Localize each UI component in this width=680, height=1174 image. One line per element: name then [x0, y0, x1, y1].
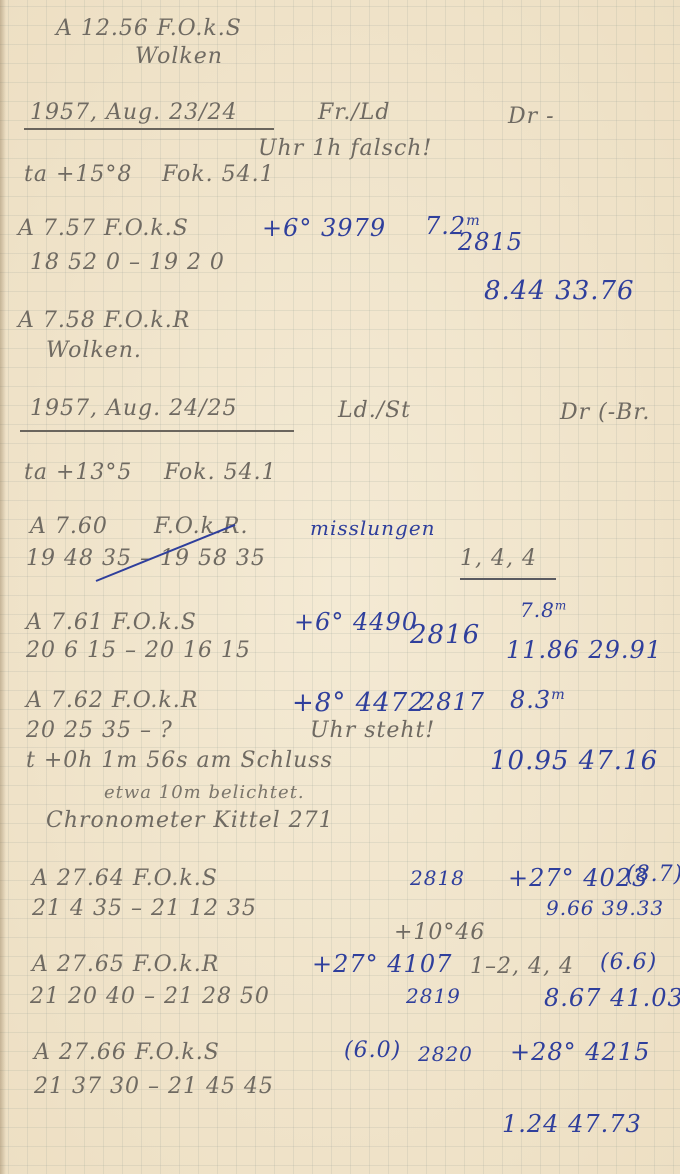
night-1-date: 1957, Aug. 23/24: [30, 100, 238, 125]
entry-1-times: 18 52 0 – 19 2 0: [30, 250, 225, 275]
night-2-observers: Ld./St: [338, 398, 411, 423]
entry-0-note: Wolken: [135, 44, 223, 69]
entry-5-plate: 2817: [420, 688, 485, 716]
night-1-temperature: ta +15°8: [24, 162, 132, 187]
entry-0-id: A 12.56 F.O.k.S: [56, 16, 242, 41]
entry-7-coordinates: 8.67 41.03: [544, 984, 680, 1012]
night-2-temperature: ta +13°5: [24, 460, 132, 485]
entry-5-times: 20 25 35 – ?: [26, 718, 173, 743]
entry-3-id: A 7.60: [30, 514, 108, 539]
entry-5-magnitude: 8.3m: [510, 686, 566, 714]
entry-8-declination: +28° 4215: [510, 1038, 650, 1066]
entry-7-id: A 27.65 F.O.k.R: [32, 952, 219, 977]
entry-5-id: A 7.62 F.O.k.R: [26, 688, 198, 713]
entry-3-focus: F.O.k.R.: [154, 514, 248, 539]
entry-3-quality-underline: [460, 578, 556, 580]
entry-5-coordinates: 10.95 47.16: [490, 746, 658, 776]
entry-5-declination: +8° 4472: [292, 688, 426, 718]
entry-1-plate: 2815: [458, 228, 523, 256]
entry-4-plate: 2816: [410, 620, 480, 650]
night-1-note: Uhr 1h falsch!: [258, 136, 432, 161]
entry-7-magnitude: (6.6): [600, 950, 657, 975]
entry-4-coordinates: 11.86 29.91: [506, 636, 662, 664]
entry-8-magnitude: (6.0): [344, 1038, 401, 1063]
night-1-initials: Dr -: [508, 104, 555, 129]
entry-7-plate: 2819: [406, 984, 461, 1008]
entry-8-times: 21 37 30 – 21 45 45: [34, 1074, 274, 1099]
night-1-observers: Fr./Ld: [318, 100, 390, 125]
night-1-date-underline: [24, 128, 274, 130]
entry-4-magnitude: 7.8m: [520, 598, 567, 622]
page-binding-edge: [0, 0, 6, 1174]
night-2-date-underline: [20, 430, 294, 432]
entry-5-exposure-note: etwa 10m belichtet.: [104, 782, 305, 803]
entry-4-id: A 7.61 F.O.k.S: [26, 610, 197, 635]
entry-3-note: misslungen: [310, 516, 436, 540]
entry-8-id: A 27.66 F.O.k.S: [34, 1040, 220, 1065]
entry-6-id: A 27.64 F.O.k.S: [32, 866, 218, 891]
entry-7-times: 21 20 40 – 21 28 50: [30, 984, 270, 1009]
entry-2-id: A 7.58 F.O.k.R: [18, 308, 190, 333]
entry-6-plate: 2818: [410, 866, 465, 890]
entry-3-quality: 1, 4, 4: [460, 546, 537, 571]
entry-4-times: 20 6 15 – 20 16 15: [26, 638, 251, 663]
entry-8-coordinates: 1.24 47.73: [502, 1110, 642, 1138]
entry-6-times: 21 4 35 – 21 12 35: [32, 896, 257, 921]
night-2-focus: Fok. 54.1: [164, 460, 277, 485]
entry-5-correction: t +0h 1m 56s am Schluss: [26, 748, 333, 773]
night-2-date: 1957, Aug. 24/25: [30, 396, 238, 421]
entry-1-coordinates: 8.44 33.76: [484, 276, 635, 306]
entry-2-note: Wolken.: [46, 338, 142, 363]
entry-8-plate: 2820: [418, 1042, 473, 1066]
entry-7-declination: +27° 4107: [312, 950, 452, 978]
entry-7-quality: 1–2, 4, 4: [470, 954, 574, 979]
night-2-initials: Dr (-Br.: [560, 400, 650, 425]
entry-6-magnitude: (8.7): [626, 862, 680, 887]
entry-5-clock-note: Uhr steht!: [310, 718, 435, 743]
entry-5-chronometer: Chronometer Kittel 271: [46, 808, 334, 833]
entry-1-id: A 7.57 F.O.k.S: [18, 216, 189, 241]
entry-6-coordinates: 9.66 39.33: [546, 896, 664, 920]
entry-4-declination: +6° 4490: [294, 608, 418, 636]
entry-1-declination: +6° 3979: [262, 214, 386, 242]
night-1-focus: Fok. 54.1: [162, 162, 275, 187]
entry-7-extra-decl: +10°46: [394, 920, 485, 945]
